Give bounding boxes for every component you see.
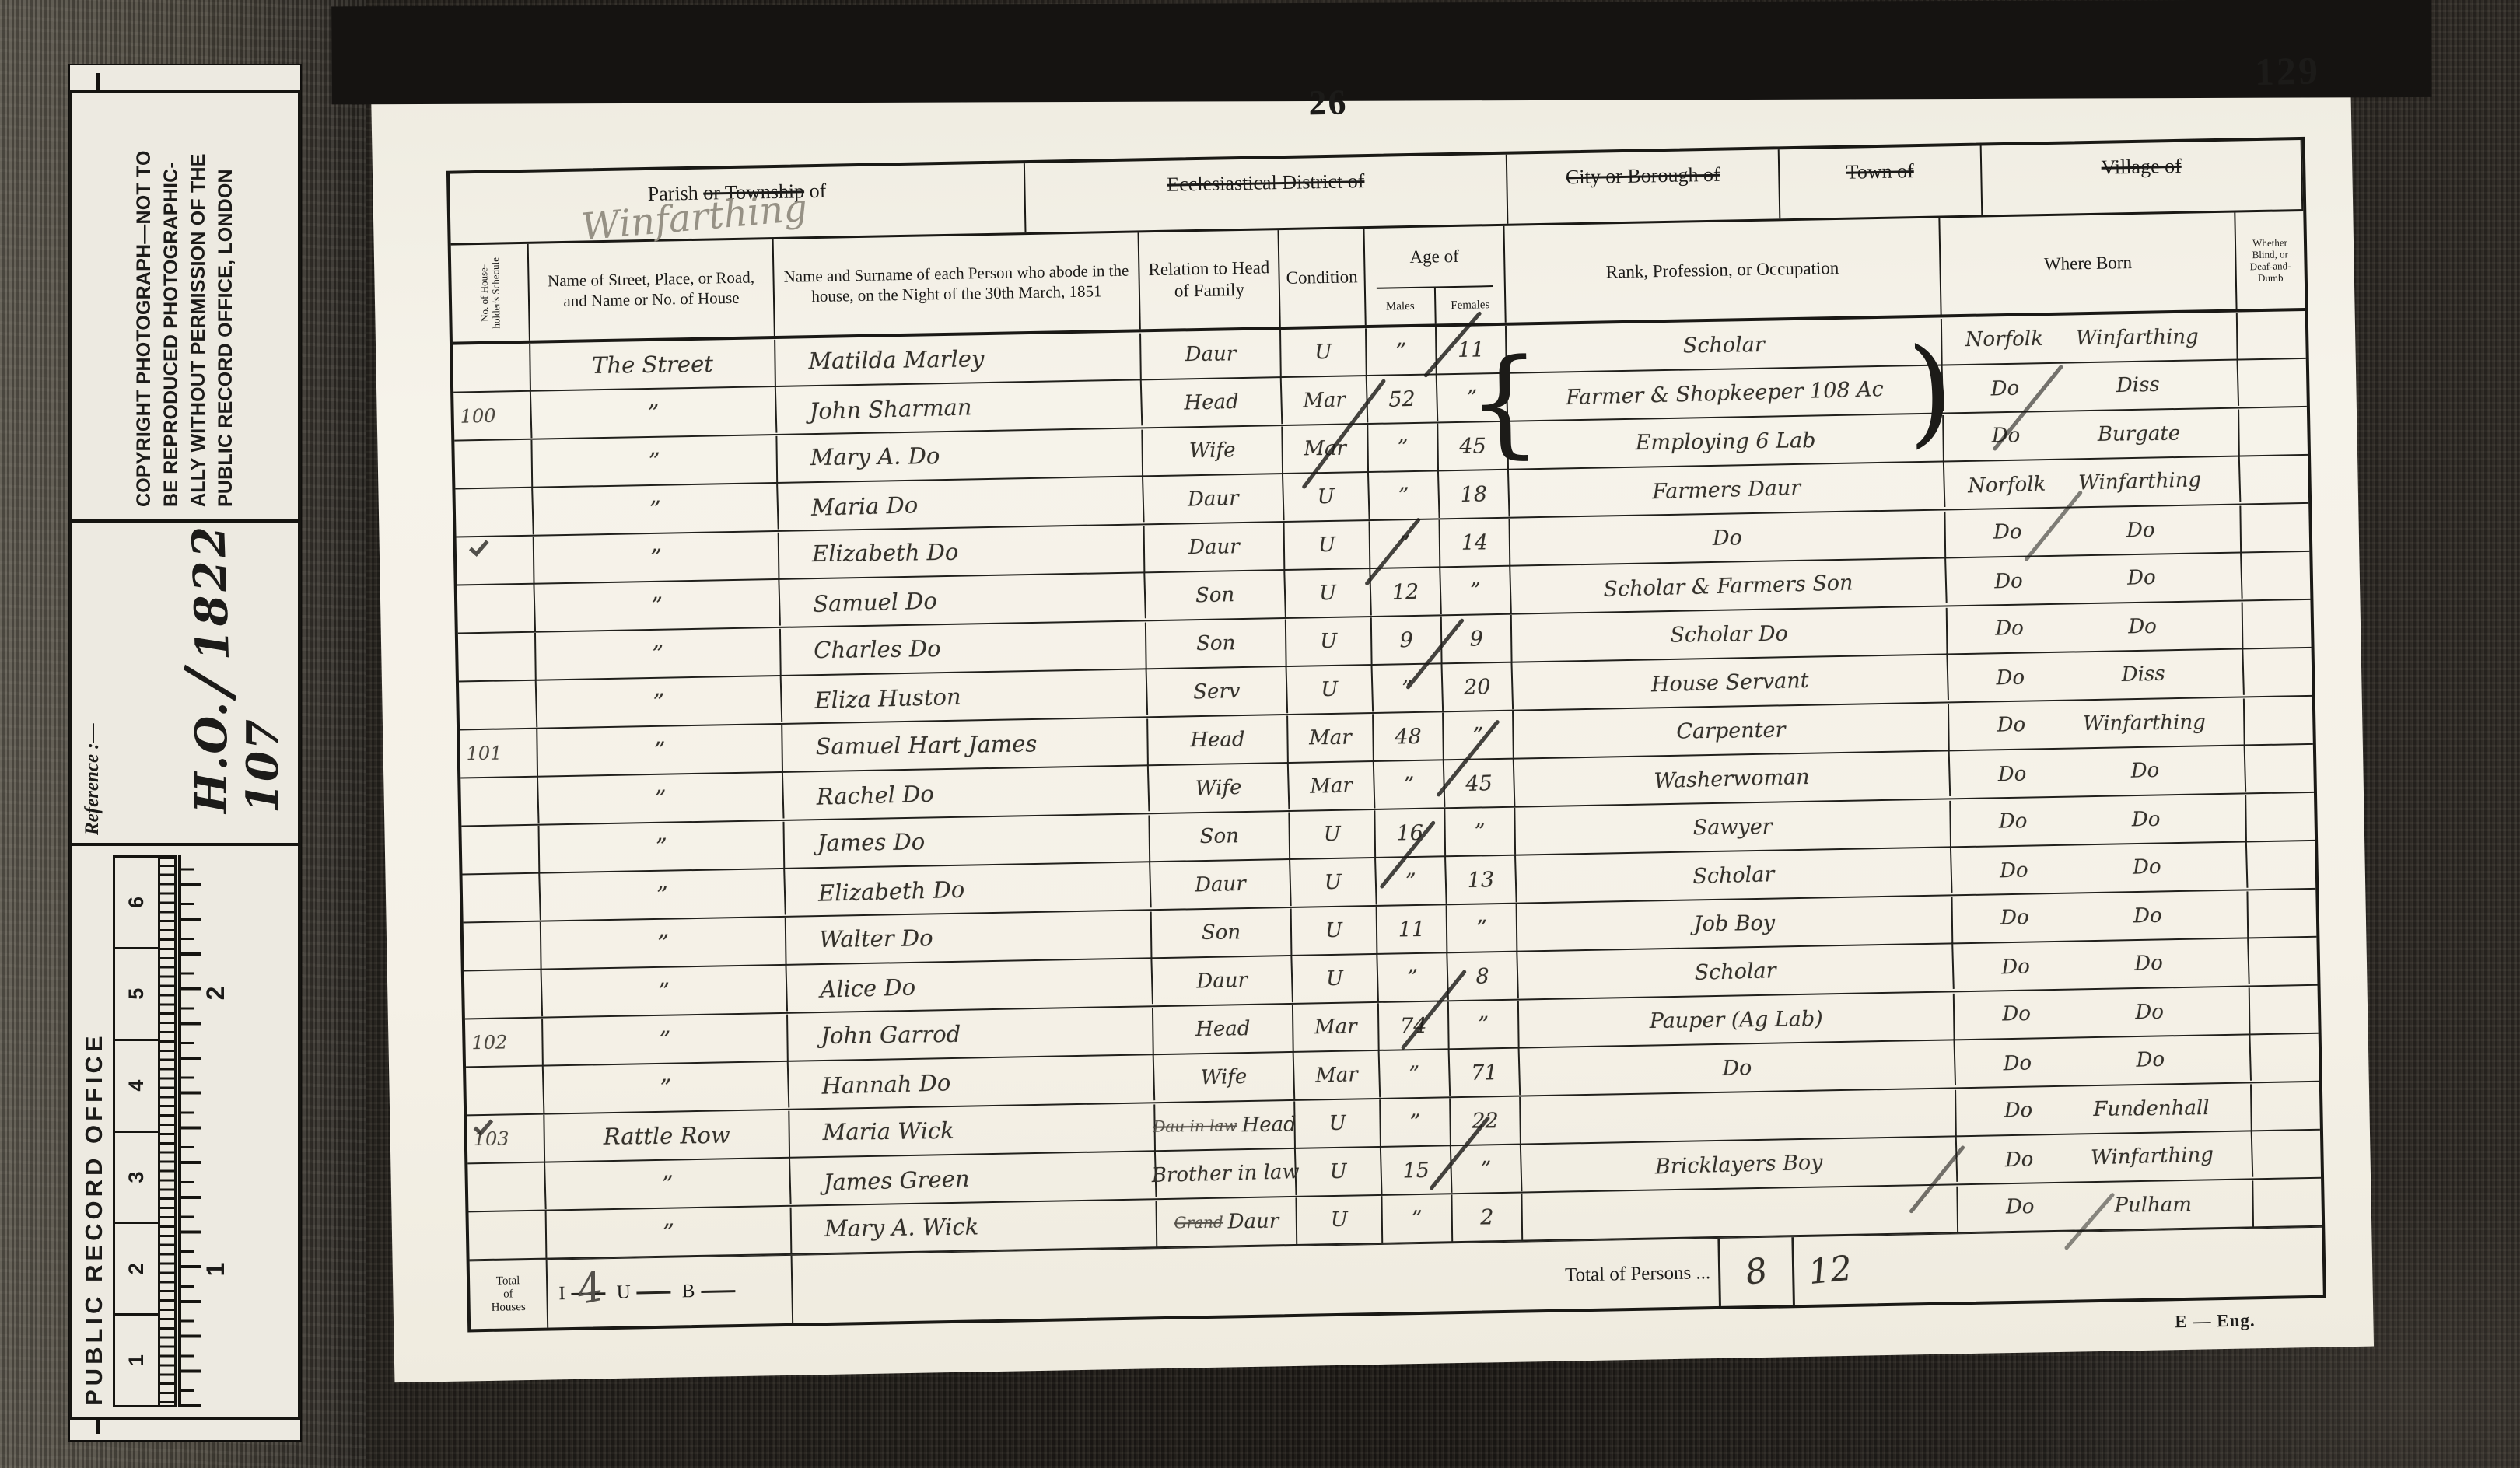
born-county: Do (1965, 809, 2060, 834)
cell-occupation: Washerwoman (1514, 750, 1951, 808)
cell-street: ” (542, 964, 789, 1017)
cell-age-female: ” (1444, 711, 1514, 759)
cell-occupation: Bricklayers Boy (1521, 1135, 1958, 1194)
header-age-females: Females (1434, 287, 1505, 324)
cell-relation: Daur (1145, 523, 1286, 571)
cell-age-male: 12 (1370, 568, 1442, 616)
ruler-inch-scale: 12 (178, 855, 237, 1407)
cell-relation: Daur (1150, 859, 1292, 910)
reference-label: Reference :— (82, 530, 103, 835)
cell-where-born: DoDo (1951, 795, 2247, 845)
page-number-center: 26 (1308, 81, 1348, 123)
born-parish: Winfarthing (2052, 325, 2222, 351)
ecclesiastical-label: Ecclesiastical District of (1167, 170, 1365, 230)
cell-condition: U (1295, 1099, 1381, 1147)
ruler-cm-number: 1 (115, 1313, 158, 1405)
photo-shadow-edge (331, 0, 2431, 104)
born-parish: Diss (2058, 660, 2229, 688)
cell-relation: Head (1153, 1005, 1294, 1053)
cell-occupation: Pauper (Ag Lab) (1519, 994, 1955, 1046)
header-where-born: Where Born (1940, 213, 2237, 315)
cell-blind-deaf (2246, 793, 2315, 841)
cell-age-male: 11 (1377, 906, 1448, 953)
born-parish: Do (2061, 853, 2232, 881)
district-header-village: Village of (1982, 140, 2304, 215)
cell-schedule-number: 101 (460, 729, 538, 777)
copyright-line: PUBLIC RECORD OFFICE, LONDON (213, 106, 239, 507)
cell-where-born: DoWinfarthing (1949, 698, 2245, 749)
cell-age-male: 52 (1367, 375, 1439, 423)
cell-person-name: Rachel Do (783, 764, 1150, 821)
relation-value: Wife (1200, 1065, 1247, 1090)
cell-age-female: ” (1449, 1001, 1520, 1048)
cell-schedule-number: 100 (453, 391, 533, 440)
cell-age-male: 48 (1374, 713, 1444, 760)
cell-age-male: ” (1369, 471, 1440, 519)
cell-occupation: Farmers Daur (1509, 460, 1945, 519)
public-record-office-label: PUBLIC RECORD OFFICE (80, 855, 108, 1406)
cell-age-female: 18 (1439, 470, 1510, 518)
cell-blind-deaf (2240, 456, 2308, 504)
born-parish: Do (2056, 564, 2228, 592)
page-number-corner: 129 (2254, 48, 2320, 95)
relation-value: Son (1199, 824, 1239, 848)
total-females-box: 12 (1791, 1236, 1867, 1305)
cell-person-name: Mary A. Do (777, 430, 1143, 481)
cell-person-name: Walter Do (786, 911, 1153, 963)
born-parish: Do (2064, 1000, 2235, 1026)
totals-empty-span (793, 1245, 1384, 1323)
born-county: Norfolk (1958, 472, 2055, 498)
born-parish: Do (2065, 1046, 2236, 1074)
cell-blind-deaf (2241, 504, 2309, 552)
ruler-inch-number: 2 (201, 855, 230, 1131)
total-persons-label: Total of Persons ... (1383, 1239, 1719, 1312)
cell-person-name: Samuel Do (779, 571, 1146, 628)
cell-schedule-number (454, 440, 533, 488)
cell-condition: U (1285, 521, 1371, 568)
cell-where-born: DoFundenhall (1956, 1084, 2252, 1134)
reference-piece: 1822 (182, 523, 240, 662)
cell-street: ” (545, 1157, 792, 1210)
ruler-cm-number: 4 (115, 1039, 158, 1131)
copyright-notice-box: COPYRIGHT PHOTOGRAPH—NOT TOBE REPRODUCED… (69, 90, 301, 523)
cell-condition: U (1290, 858, 1377, 907)
cell-relation: Head (1142, 377, 1283, 428)
cell-relation: Son (1150, 812, 1290, 860)
cell-schedule-number (469, 1211, 548, 1259)
cell-blind-deaf (2238, 311, 2306, 359)
born-parish: Winfarthing (2067, 1142, 2238, 1170)
header-schedule-number: No. of House-holder's Schedule (451, 244, 530, 342)
born-parish: Do (2056, 518, 2226, 544)
cell-condition: U (1292, 907, 1378, 954)
cell-schedule-number (464, 922, 542, 970)
relation-value: Head (1241, 1113, 1297, 1137)
cell-relation: Wife (1143, 427, 1283, 475)
relation-struck-note: Dau in law (1153, 1116, 1237, 1135)
cell-occupation: Scholar (1507, 319, 1943, 371)
cell-blind-deaf (2245, 745, 2314, 793)
born-county: Do (1970, 1098, 2066, 1123)
brace-mark-open: { (1466, 344, 1542, 462)
cell-where-born: DoDo (1952, 891, 2249, 942)
relation-value: Daur (1227, 1210, 1279, 1234)
cell-blind-deaf (2244, 648, 2312, 697)
cell-occupation: House Servant (1513, 653, 1949, 711)
reference-separator: / (166, 661, 251, 704)
cell-street: ” (541, 918, 787, 968)
born-county: Do (1969, 1002, 2064, 1027)
cell-age-female: ” (1447, 904, 1518, 952)
uninhabited-label: U (616, 1281, 631, 1303)
cell-condition: Mar (1293, 1003, 1380, 1050)
relation-value: Wife (1195, 776, 1241, 801)
born-county: Do (1967, 906, 2063, 931)
born-parish: Do (2060, 757, 2231, 785)
relation-value: Son (1195, 583, 1235, 607)
cell-blind-deaf (2247, 841, 2315, 890)
cell-schedule-number (462, 873, 541, 922)
relation-struck-note: Grand (1174, 1213, 1223, 1232)
cell-blind-deaf (2238, 359, 2307, 407)
cell-where-born: NorfolkWinfarthing (1942, 313, 2238, 364)
cell-relation: Son (1152, 908, 1293, 956)
cell-street: ” (531, 386, 778, 439)
district-header-city: City or Borough of (1507, 149, 1781, 223)
cell-condition: U (1296, 1147, 1383, 1196)
cell-where-born: DoBurgate (1944, 410, 2240, 460)
born-parish: Do (2063, 949, 2235, 977)
cell-age-female: 2 (1452, 1194, 1523, 1241)
cell-schedule-number: 102 (465, 1019, 544, 1066)
cell-where-born: DoDo (1950, 745, 2246, 799)
ruler-inch-numbers: 12 (201, 855, 230, 1407)
relation-value: Daur (1195, 872, 1246, 897)
cell-blind-deaf (2249, 938, 2317, 986)
census-rows: The Street Matilda Marley Daur U ” 11 Sc… (453, 311, 2322, 1260)
cell-relation: Daur (1141, 330, 1282, 379)
cell-blind-deaf (2252, 1082, 2320, 1131)
header-age-of: Age of (1364, 226, 1503, 288)
cell-blind-deaf (2245, 697, 2313, 745)
relation-value: Serv (1193, 680, 1241, 704)
copyright-line: ALLY WITHOUT PERMISSION OF THE (186, 106, 212, 507)
cell-street: ” (537, 676, 783, 729)
cell-street: ” (532, 436, 778, 486)
cell-age-female: 14 (1440, 519, 1511, 566)
cell-person-name: Elizabeth Do (785, 861, 1151, 917)
relation-value: Daur (1188, 535, 1240, 559)
cell-person-name: Mary A. Wick (792, 1201, 1158, 1252)
cell-condition: U (1292, 954, 1379, 1003)
ruler-tick-marks (158, 855, 177, 1407)
cell-where-born: DoDo (1951, 841, 2248, 896)
cell-street: ” (540, 822, 786, 872)
cell-street: ” (534, 579, 781, 632)
ruler-cm-number: 2 (115, 1222, 158, 1313)
district-header-town: Town of (1780, 146, 1983, 219)
cell-schedule-number (467, 1162, 547, 1211)
paren-mark-close: ) (1906, 333, 1954, 450)
cell-blind-deaf (2242, 600, 2311, 648)
total-houses-handwritten: 4 (573, 1264, 607, 1314)
cell-age-male: ” (1370, 520, 1441, 568)
cell-street: ” (533, 483, 779, 536)
census-page: 26 129 Parish or Township of Ecclesiasti… (371, 52, 2374, 1382)
village-label: Village of (2101, 155, 2182, 213)
cell-where-born: DoWinfarthing (1957, 1131, 2253, 1185)
header-age-males: Males (1366, 288, 1435, 325)
born-county: Do (1968, 954, 2064, 980)
header-occupation: Rank, Profession, or Occupation (1504, 218, 1941, 323)
ruler-cm-number: 5 (115, 947, 158, 1039)
ruler-cm-number: 6 (115, 858, 158, 947)
pro-office-ruler-box: PUBLIC RECORD OFFICE 123456 12 (69, 843, 301, 1420)
cell-schedule-number (464, 970, 544, 1019)
copyright-line: COPYRIGHT PHOTOGRAPH—NOT TO (131, 106, 157, 507)
cell-age-male: ” (1374, 760, 1446, 809)
born-county: Do (1957, 376, 2053, 401)
cell-person-name: James Green (790, 1150, 1157, 1207)
header-condition: Condition (1279, 229, 1367, 327)
cell-age-male: ” (1382, 1194, 1453, 1242)
reference-series: H.O. 107 (186, 701, 289, 813)
relation-value: Brother in law (1151, 1160, 1300, 1187)
born-county: Do (1962, 665, 2059, 690)
cell-relation: Dau in lawHead (1155, 1101, 1296, 1149)
census-form: Parish or Township of Ecclesiastical Dis… (446, 137, 2326, 1333)
cell-condition: U (1290, 810, 1376, 858)
born-county: Do (1964, 761, 2060, 787)
cell-age-female: ” (1440, 566, 1512, 614)
cell-person-name: John Garrod (788, 1008, 1154, 1059)
cell-where-born: DoDo (1955, 987, 2251, 1038)
born-parish: Burgate (2053, 421, 2224, 447)
relation-value: Head (1184, 390, 1239, 415)
ruler-cm-scale: 123456 (113, 855, 158, 1407)
cell-street: ” (534, 533, 780, 582)
cell-age-male: 74 (1379, 1001, 1450, 1049)
born-county: Do (1965, 858, 2062, 883)
born-county: Do (1971, 1147, 2067, 1173)
city-borough-label: City or Borough of (1566, 163, 1721, 223)
cell-age-male: ” (1377, 953, 1449, 1001)
relation-value: Daur (1188, 487, 1239, 512)
cell-occupation: Scholar & Farmers Son (1510, 557, 1947, 615)
cell-where-born: DoDiss (1948, 648, 2244, 703)
born-parish: Do (2057, 614, 2228, 640)
relation-value: Son (1196, 631, 1236, 655)
cell-occupation: Scholar (1516, 846, 1952, 904)
born-parish: Do (2063, 904, 2233, 929)
cell-blind-deaf (2248, 890, 2316, 938)
cell-person-name: Maria Do (778, 475, 1144, 532)
district-header-ecclesiastical: Ecclesiastical District of (1025, 155, 1509, 232)
cell-relation: Head (1148, 715, 1289, 764)
cell-condition: Mar (1289, 761, 1376, 810)
cell-where-born: DoDo (1948, 602, 2244, 652)
cell-where-born: DoDo (1955, 1034, 2252, 1089)
total-females-value: 12 (1807, 1249, 1854, 1293)
cell-blind-deaf (2251, 1034, 2319, 1082)
cell-condition: U (1281, 328, 1367, 376)
cell-schedule-number (462, 826, 541, 873)
cell-where-born: DoDo (1945, 505, 2242, 556)
cell-age-male: ” (1367, 327, 1437, 375)
cell-relation: Daur (1143, 474, 1285, 524)
cell-relation: Brother in law (1156, 1148, 1297, 1199)
cell-person-name: Eliza Huston (782, 668, 1148, 725)
cell-person-name: Alice Do (787, 957, 1153, 1014)
cell-person-name: Samuel Hart James (782, 719, 1149, 771)
cell-street: The Street (530, 340, 776, 390)
cell-occupation: Do (1510, 512, 1946, 564)
ruler-cm-number: 3 (115, 1131, 158, 1222)
cell-age-female: 45 (1444, 759, 1516, 807)
cell-schedule-number (455, 488, 534, 537)
relation-value: Daur (1196, 969, 1248, 994)
relation-value: Head (1195, 1017, 1251, 1041)
cell-condition: U (1283, 473, 1370, 522)
strip-rotated-content: PUBLIC RECORD OFFICE 123456 12 Reference… (69, 65, 301, 1440)
cell-age-female: ” (1445, 808, 1516, 855)
cell-schedule-number (457, 584, 536, 633)
header-age-genders: Males Females (1366, 287, 1505, 325)
born-county: Do (1961, 568, 2057, 594)
cell-age-male: ” (1368, 424, 1439, 471)
born-county: Do (1963, 713, 2059, 738)
cell-age-female: 71 (1450, 1048, 1521, 1096)
cell-condition: U (1285, 569, 1372, 618)
cell-schedule-number (458, 633, 537, 680)
cell-person-name: Charles Do (781, 623, 1147, 674)
cell-occupation: Carpenter (1514, 704, 1950, 757)
cell-blind-deaf (2242, 552, 2310, 600)
cell-street: ” (537, 725, 783, 775)
cell-blind-deaf (2253, 1179, 2322, 1227)
building-label: B (682, 1281, 695, 1302)
born-county: Do (1972, 1194, 2067, 1219)
born-parish: Winfarthing (2059, 711, 2229, 736)
cell-where-born: DoDiss (1943, 359, 2239, 414)
total-males-box: 8 (1717, 1237, 1793, 1306)
cell-where-born: DoDo (1946, 552, 2242, 606)
cell-person-name: John Sharman (776, 379, 1143, 435)
header-relation: Relation to Head of Family (1139, 230, 1281, 329)
cell-age-female: 13 (1446, 855, 1517, 904)
born-parish: Diss (2053, 371, 2224, 399)
cell-occupation (1522, 1187, 1958, 1239)
cell-occupation: Job Boy (1517, 897, 1954, 949)
cell-age-female: 9 (1442, 615, 1513, 662)
cell-age-male: ” (1381, 1098, 1451, 1145)
cell-occupation (1521, 1090, 1957, 1142)
cell-where-born: DoDo (1953, 938, 2249, 992)
cell-age-male: 15 (1381, 1146, 1453, 1194)
cell-condition: Mar (1288, 714, 1374, 761)
cell-person-name: Elizabeth Do (779, 526, 1146, 578)
cell-blind-deaf (2250, 986, 2319, 1034)
cell-condition: Mar (1283, 425, 1369, 472)
cell-relation: GrandDaur (1157, 1197, 1297, 1246)
cell-relation: Serv (1147, 666, 1289, 717)
cell-schedule-number (459, 680, 538, 729)
cell-street: ” (540, 869, 786, 921)
cell-street: ” (538, 772, 785, 825)
cell-street: ” (544, 1061, 790, 1113)
ruler-inch-ticks (178, 855, 201, 1407)
cell-condition: Mar (1294, 1050, 1381, 1099)
cell-relation: Wife (1154, 1052, 1296, 1103)
town-label: Town of (1846, 159, 1914, 218)
totals-empty-end (1865, 1228, 2322, 1304)
cell-person-name: Matilda Marley (775, 334, 1142, 385)
cell-street: ” (543, 1015, 789, 1064)
cell-age-male: ” (1380, 1050, 1451, 1098)
cell-schedule-number (453, 344, 531, 391)
total-houses-label: TotalofHouses (470, 1260, 549, 1330)
cell-relation: Son (1146, 619, 1287, 667)
born-parish: Fundenhall (2066, 1096, 2236, 1122)
relation-value: Son (1202, 921, 1241, 945)
ruler-inch-number: 1 (201, 1131, 230, 1407)
cell-age-female: 20 (1443, 662, 1514, 711)
copyright-line: BE REPRODUCED PHOTOGRAPHIC- (159, 106, 184, 507)
cell-condition: U (1297, 1196, 1383, 1243)
cell-where-born: DoPulham (1958, 1180, 2254, 1231)
cell-condition: U (1286, 617, 1373, 665)
cell-where-born: NorfolkWinfarthing (1944, 456, 2241, 510)
inhabited-label: I (558, 1283, 565, 1305)
cell-street: ” (536, 629, 782, 679)
reference-box: Reference :— H.O. 107 / 1822 (69, 519, 301, 846)
header-name-surname: Name and Surname of each Person who abod… (774, 232, 1141, 336)
total-males-value: 8 (1742, 1250, 1770, 1293)
cell-occupation: Sawyer (1515, 801, 1951, 853)
born-parish: Do (2061, 807, 2231, 833)
rule-dash (701, 1289, 735, 1293)
cell-relation: Son (1145, 570, 1286, 620)
cell-person-name: Maria Wick (789, 1104, 1156, 1155)
header-street: Name of Street, Place, or Road, and Name… (529, 239, 775, 341)
pro-reference-strip: PUBLIC RECORD OFFICE 123456 12 Reference… (68, 64, 302, 1442)
relation-value: Wife (1189, 439, 1236, 463)
cell-occupation: Do (1520, 1039, 1956, 1097)
header-blind-deaf: Whether Blind, or Deaf-and-Dumb (2235, 211, 2305, 309)
cell-person-name: Hannah Do (789, 1054, 1155, 1110)
cell-blind-deaf (2239, 407, 2308, 456)
reference-value: H.O. 107 / 1822 (162, 530, 289, 813)
cell-occupation: Scholar Do (1512, 608, 1948, 660)
header-age: Age of Males Females (1364, 226, 1506, 325)
cell-occupation: Scholar (1517, 942, 1954, 1001)
cell-street: Rattle Row (544, 1111, 790, 1161)
cell-street: ” (547, 1208, 793, 1257)
born-county: Norfolk (1956, 327, 2052, 352)
cell-occupation: Employing 6 Lab (1508, 415, 1944, 467)
total-houses-cells: I U B 4 (548, 1256, 794, 1328)
cell-condition: U (1287, 666, 1374, 715)
cell-schedule-number (466, 1066, 545, 1115)
cell-schedule-number (460, 777, 540, 826)
reference-footer-code: E — Eng. (2175, 1310, 2256, 1332)
cell-blind-deaf (2252, 1131, 2321, 1179)
relation-value: Daur (1185, 342, 1236, 366)
cell-relation: Wife (1149, 763, 1290, 813)
born-county: Do (1969, 1050, 2066, 1076)
cell-occupation: Farmer & Shopkeeper 108 Ac (1507, 364, 1944, 422)
